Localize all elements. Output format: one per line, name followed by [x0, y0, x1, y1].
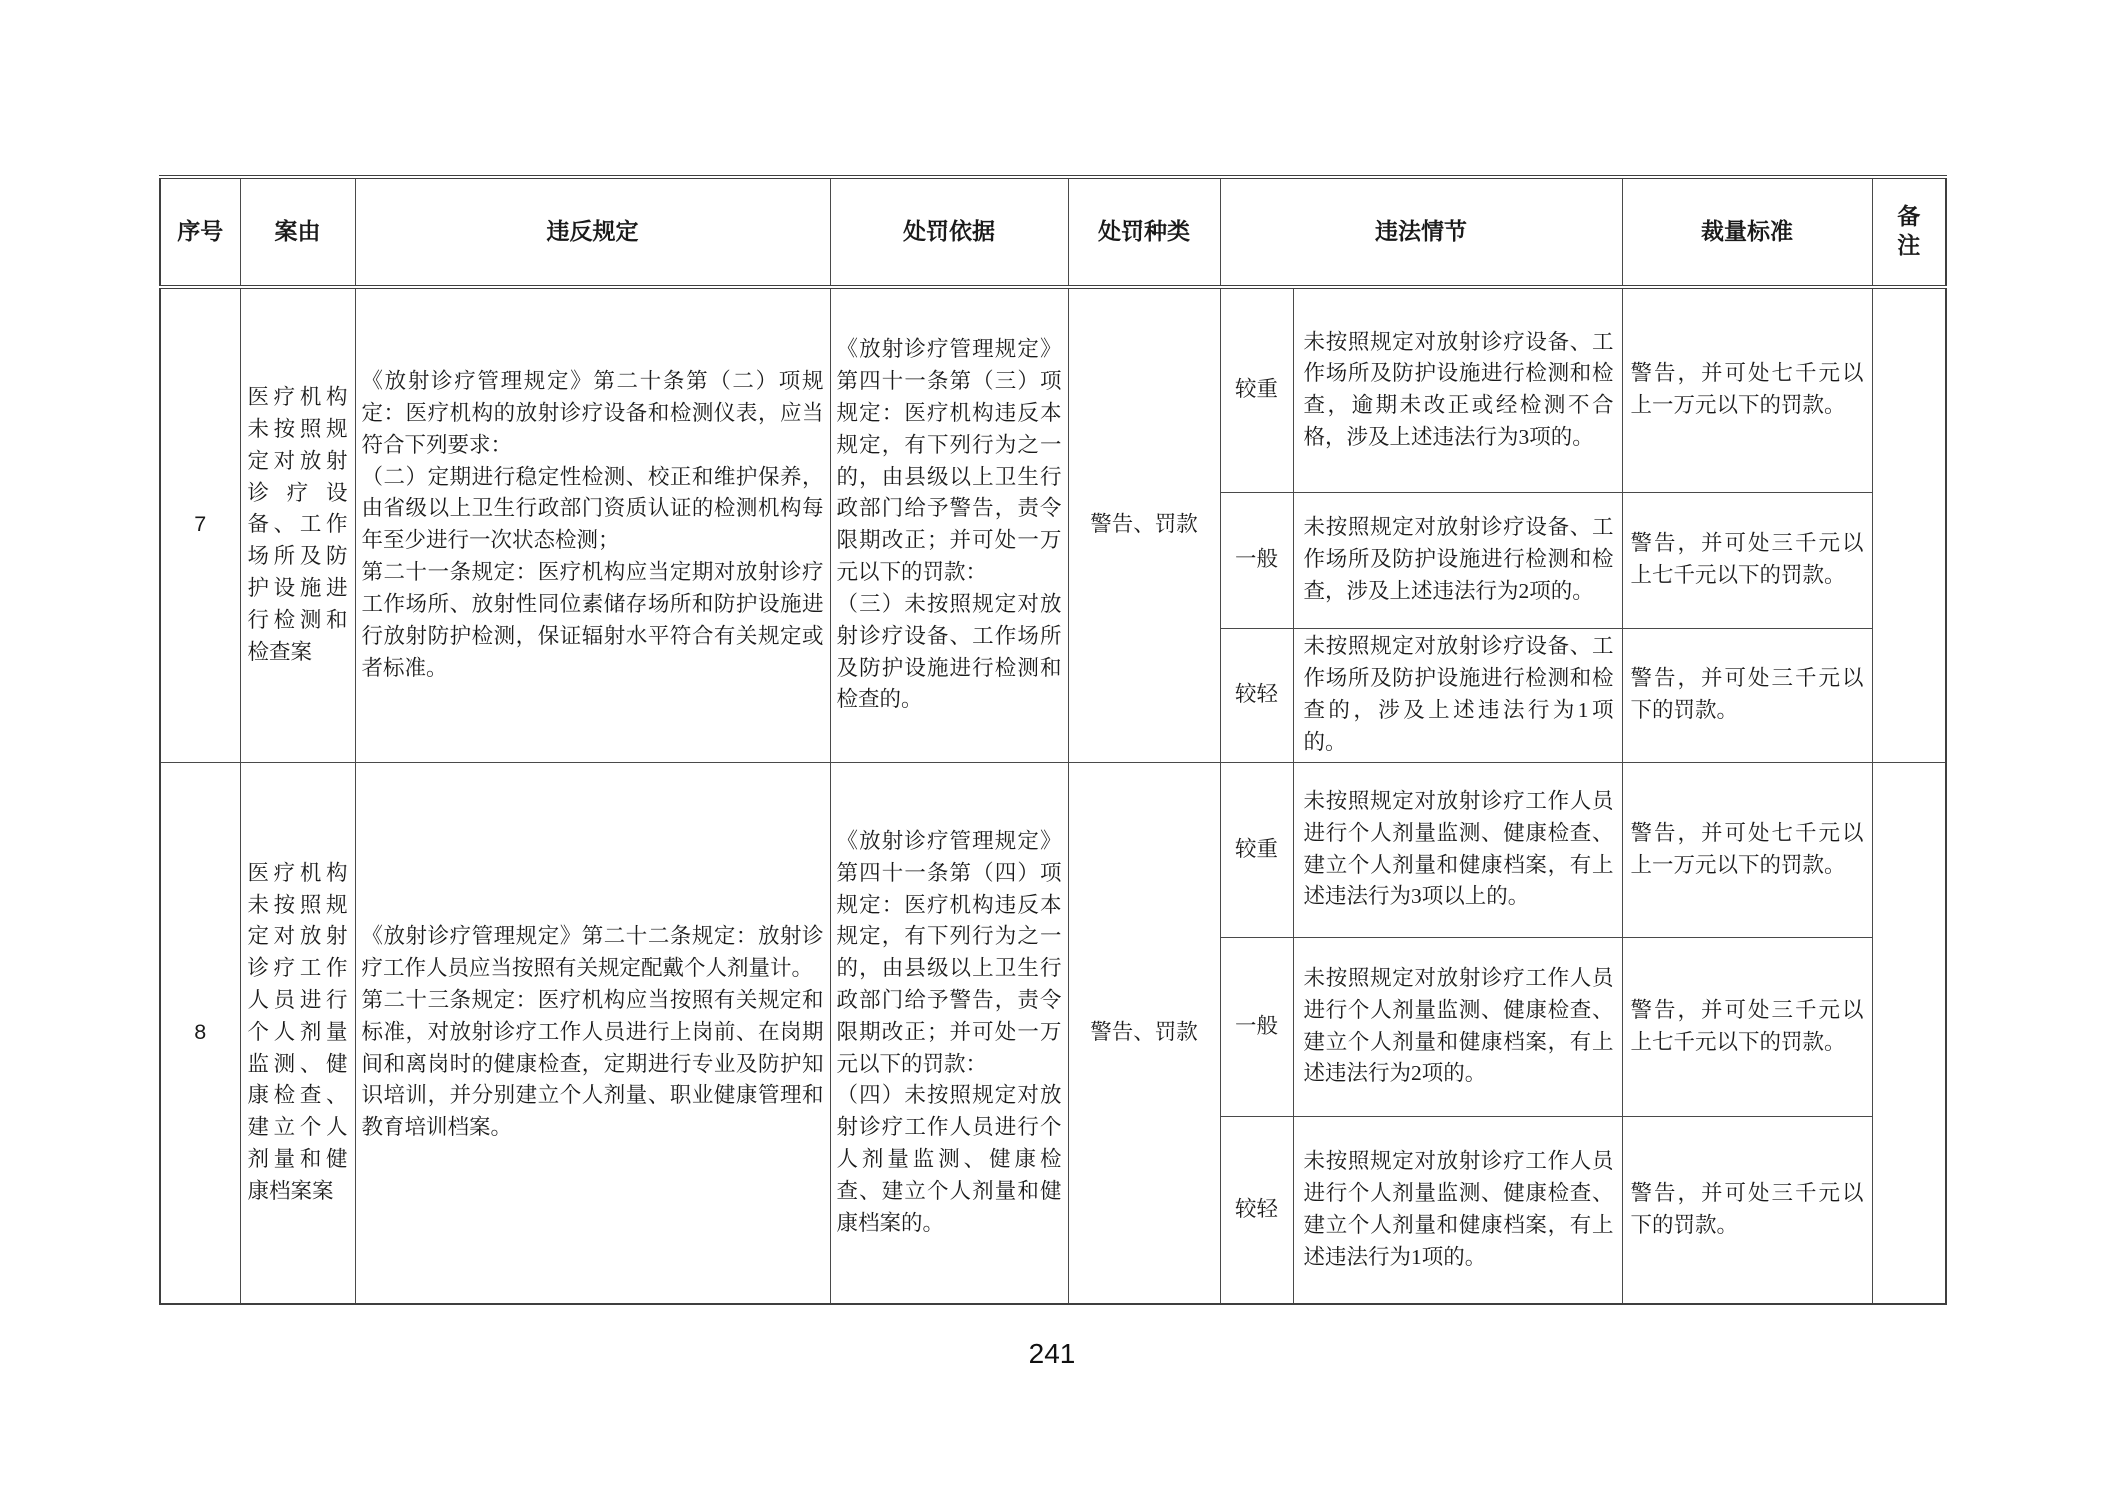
- row-index: 8: [160, 762, 240, 1304]
- circumstance-cell: 未按照规定对放射诊疗工作人员进行个人剂量监测、健康检查、建立个人剂量和健康档案，…: [1293, 1116, 1622, 1304]
- basis-cell: 《放射诊疗管理规定》第四十一条第（三）项规定：医疗机构违反本规定，有下列行为之一…: [830, 287, 1068, 762]
- header-penalty-type: 处罚种类: [1068, 177, 1220, 287]
- header-basis: 处罚依据: [830, 177, 1068, 287]
- table-body: 7 医疗机构未按照规定对放射诊疗设备、工作场所及防护设施进行检测和检查案 《放射…: [160, 287, 1946, 1304]
- row-index: 7: [160, 287, 240, 762]
- remark-cell: [1872, 287, 1946, 762]
- basis-cell: 《放射诊疗管理规定》第四十一条第（四）项规定：医疗机构违反本规定，有下列行为之一…: [830, 762, 1068, 1304]
- header-circumstances: 违法情节: [1220, 177, 1622, 287]
- severity-cell: 较轻: [1220, 1116, 1293, 1304]
- page-number: 241: [159, 1338, 1945, 1370]
- remark-cell: [1872, 762, 1946, 1304]
- violation-cell: 《放射诊疗管理规定》第二十条第（二）项规定：医疗机构的放射诊疗设备和检测仪表，应…: [355, 287, 830, 762]
- circumstance-cell: 未按照规定对放射诊疗设备、工作场所及防护设施进行检测和检查，涉及上述违法行为2项…: [1293, 492, 1622, 628]
- standard-cell: 警告，并可处七千元以上一万元以下的罚款。: [1622, 762, 1872, 937]
- circumstance-cell: 未按照规定对放射诊疗工作人员进行个人剂量监测、健康检查、建立个人剂量和健康档案，…: [1293, 762, 1622, 937]
- table-row: 8 医疗机构未按照规定对放射诊疗工作人员进行个人剂量监测、健康检查、建立个人剂量…: [160, 762, 1946, 937]
- circumstance-cell: 未按照规定对放射诊疗工作人员进行个人剂量监测、健康检查、建立个人剂量和健康档案，…: [1293, 937, 1622, 1116]
- header-violation: 违反规定: [355, 177, 830, 287]
- severity-cell: 一般: [1220, 937, 1293, 1116]
- severity-cell: 较轻: [1220, 628, 1293, 762]
- header-case: 案由: [240, 177, 355, 287]
- violation-cell: 《放射诊疗管理规定》第二十二条规定：放射诊疗工作人员应当按照有关规定配戴个人剂量…: [355, 762, 830, 1304]
- severity-cell: 较重: [1220, 287, 1293, 492]
- header-row: 序号 案由 违反规定 处罚依据 处罚种类 违法情节 裁量标准 备注: [160, 177, 1946, 287]
- header-remark-label: 备注: [1896, 203, 1922, 261]
- standard-cell: 警告，并可处七千元以上一万元以下的罚款。: [1622, 287, 1872, 492]
- severity-cell: 较重: [1220, 762, 1293, 937]
- standard-cell: 警告，并可处三千元以上七千元以下的罚款。: [1622, 937, 1872, 1116]
- table-header: 序号 案由 违反规定 处罚依据 处罚种类 违法情节 裁量标准 备注: [160, 177, 1946, 287]
- table-row: 7 医疗机构未按照规定对放射诊疗设备、工作场所及防护设施进行检测和检查案 《放射…: [160, 287, 1946, 492]
- standard-cell: 警告，并可处三千元以下的罚款。: [1622, 628, 1872, 762]
- case-cell: 医疗机构未按照规定对放射诊疗设备、工作场所及防护设施进行检测和检查案: [240, 287, 355, 762]
- header-index: 序号: [160, 177, 240, 287]
- penalty-type-cell: 警告、罚款: [1068, 287, 1220, 762]
- case-cell: 医疗机构未按照规定对放射诊疗工作人员进行个人剂量监测、健康检查、建立个人剂量和健…: [240, 762, 355, 1304]
- header-standard: 裁量标准: [1622, 177, 1872, 287]
- header-remark: 备注: [1872, 177, 1946, 287]
- severity-cell: 一般: [1220, 492, 1293, 628]
- circumstance-cell: 未按照规定对放射诊疗设备、工作场所及防护设施进行检测和检查，逾期未改正或经检测不…: [1293, 287, 1622, 492]
- penalty-discretion-table: 序号 案由 违反规定 处罚依据 处罚种类 违法情节 裁量标准 备注 7 医疗机构…: [159, 175, 1947, 1305]
- standard-cell: 警告，并可处三千元以上七千元以下的罚款。: [1622, 492, 1872, 628]
- penalty-type-cell: 警告、罚款: [1068, 762, 1220, 1304]
- circumstance-cell: 未按照规定对放射诊疗设备、工作场所及防护设施进行检测和检查的，涉及上述违法行为1…: [1293, 628, 1622, 762]
- standard-cell: 警告，并可处三千元以下的罚款。: [1622, 1116, 1872, 1304]
